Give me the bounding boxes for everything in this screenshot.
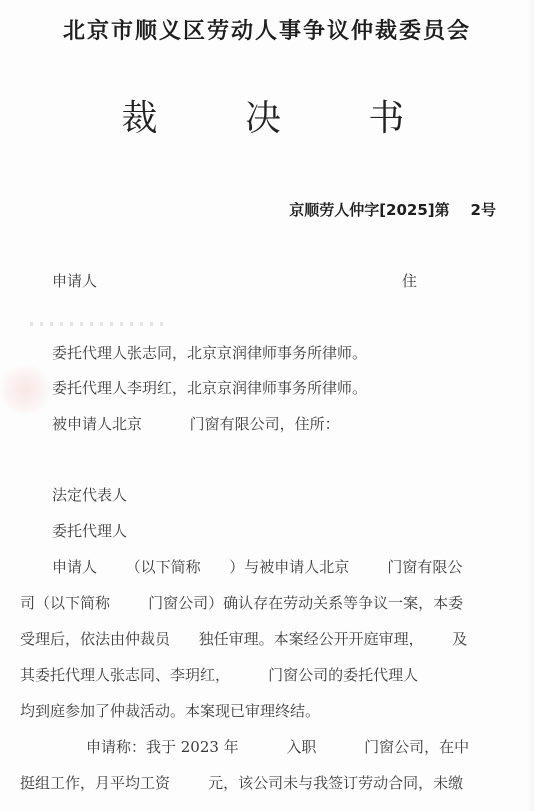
paragraph-1-line-1: 申请人 （以下简称 ）与被申请人北京 门窗有限公 (52, 557, 462, 577)
applicant-label: 申请人 (52, 271, 97, 291)
applicant-address-fragment: 住 (402, 271, 417, 291)
respondent: 被申请人北京 门窗有限公司，住所： (52, 414, 340, 434)
document-title: 裁 决 书 (0, 90, 534, 141)
organization-title: 北京市顺义区劳动人事争议仲裁委员会 (0, 14, 534, 45)
paragraph-1-line-3: 受理后，依法由仲裁员 独任审理。本案经公开开庭审理， 及 (20, 629, 467, 649)
legal-representative: 法定代表人 (52, 485, 127, 505)
paragraph-1-line-2: 司（以下简称 门窗公司）确认存在劳动关系等争议一案，本委 (20, 593, 463, 613)
paragraph-1-line-4: 其委托代理人张志同、李玥红， 门窗公司的委托代理人 (20, 665, 418, 685)
case-number: 京顺劳人仲字[2025]第 2号 (289, 199, 496, 220)
paragraph-2-line-1: 申请称：我于 2023 年 入职 门窗公司，在中 (86, 737, 469, 757)
document-page: 北京市顺义区劳动人事争议仲裁委员会 裁 决 书 京顺劳人仲字[2025]第 2号… (0, 0, 534, 811)
applicant-agent-1: 委托代理人张志同，北京京润律师事务所律师。 (52, 343, 367, 363)
paragraph-2-line-2: 挺组工作，月平均工资 元，该公司未与我签订劳动合同，未缴 (20, 773, 463, 793)
applicant-agent-2: 委托代理人李玥红，北京京润律师事务所律师。 (52, 378, 367, 398)
paragraph-1-line-5: 均到庭参加了仲裁活动。本案现已审理终结。 (20, 701, 320, 721)
faded-stamp-mark (0, 365, 50, 415)
redacted-line (30, 322, 170, 326)
respondent-agent: 委托代理人 (52, 521, 127, 541)
